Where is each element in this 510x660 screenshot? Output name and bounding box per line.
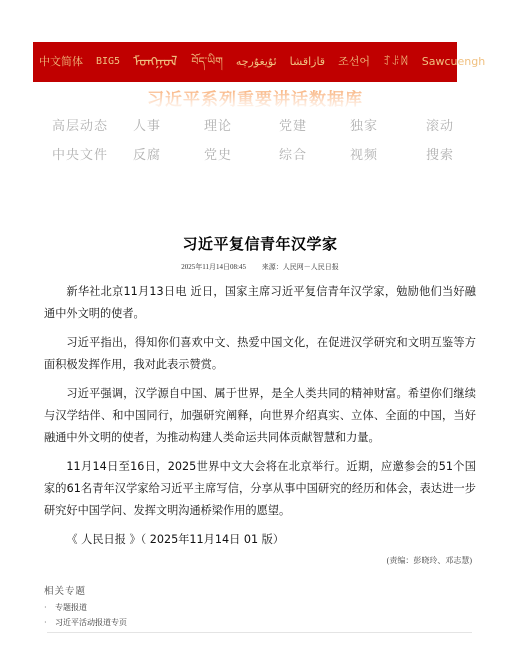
nav-item-exclusive[interactable]: 独家	[350, 117, 426, 136]
database-banner-title[interactable]: 习近平系列重要讲话数据库	[0, 89, 510, 111]
nav-item-theory[interactable]: 理论	[204, 117, 279, 136]
lang-link-zhuang[interactable]: Sawcuengh	[422, 42, 485, 82]
lang-link-uyghur[interactable]: ئۇيغۇرچە	[236, 42, 277, 82]
list-item: ·习近平活动报道专页	[44, 615, 127, 630]
article-title: 习近平复信青年汉学家	[0, 233, 510, 254]
nav-item-personnel[interactable]: 人事	[133, 117, 204, 136]
article-paragraph: 新华社北京11月13日电 近日，国家主席习近平复信青年汉学家，勉励他们当好融通中…	[44, 281, 476, 325]
related-topics-heading: 相关专题	[44, 583, 86, 597]
related-link-xi-activities[interactable]: 习近平活动报道专页	[55, 618, 127, 627]
bullet-icon: ·	[44, 615, 55, 630]
nav-item-party-history[interactable]: 党史	[204, 146, 279, 165]
nav-item-central-documents[interactable]: 中央文件	[52, 146, 133, 165]
article-body: 新华社北京11月13日电 近日，国家主席习近平复信青年汉学家，勉励他们当好融通中…	[44, 281, 476, 558]
article-source[interactable]: 来源：人民网－人民日报	[262, 263, 339, 271]
article-paragraph: 11月14日至16日，2025世界中文大会将在北京举行。近期，应邀参会的51个国…	[44, 456, 476, 522]
nav-item-rolling[interactable]: 滚动	[426, 117, 462, 136]
list-item: ·专题报道	[44, 600, 127, 615]
related-link-special-report[interactable]: 专题报道	[55, 603, 87, 612]
section-nav: 高层动态 人事 理论 党建 独家 滚动 中央文件 反腐 党史 综合 视频 搜索	[52, 117, 462, 165]
divider	[47, 632, 472, 633]
article-paragraph: 习近平强调，汉学源自中国、属于世界，是全人类共同的精神财富。希望你们继续与汉学结…	[44, 383, 476, 449]
lang-link-mongolian[interactable]: ᠮᠣᠩᠭᠣᠯ	[133, 42, 177, 82]
responsible-editor: (责编：彭晓玲、邓志慧)	[387, 555, 472, 566]
language-bar: 中文简体 BIG5 ᠮᠣᠩᠭᠣᠯ བོད་ཡིག ئۇيغۇرچە قازاقش…	[33, 42, 457, 82]
nav-item-general[interactable]: 综合	[279, 146, 350, 165]
related-topics-list: ·专题报道 ·习近平活动报道专页	[44, 600, 127, 630]
article-paragraph: 习近平指出，得知你们喜欢中文、热爱中国文化，在促进汉学研究和文明互鉴等方面积极发…	[44, 332, 476, 376]
lang-link-kazakh[interactable]: قازاقشا	[290, 42, 325, 82]
nav-item-video[interactable]: 视频	[350, 146, 426, 165]
article-datetime: 2025年11月14日08:45	[181, 263, 246, 271]
lang-link-simplified-chinese[interactable]: 中文简体	[39, 42, 83, 82]
page: 中文简体 BIG5 ᠮᠣᠩᠭᠣᠯ བོད་ཡིག ئۇيغۇرچە قازاقش…	[0, 0, 510, 660]
article-meta: 2025年11月14日08:45 来源：人民网－人民日报	[0, 262, 510, 272]
lang-link-yi[interactable]: ꆈꌠꉙ	[383, 42, 409, 82]
nav-item-anti-corruption[interactable]: 反腐	[133, 146, 204, 165]
nav-item-high-level-news[interactable]: 高层动态	[52, 117, 133, 136]
lang-link-tibetan[interactable]: བོད་ཡིག	[191, 42, 222, 82]
lang-link-korean[interactable]: 조선어	[338, 42, 370, 82]
nav-item-party-building[interactable]: 党建	[279, 117, 350, 136]
nav-item-search[interactable]: 搜索	[426, 146, 462, 165]
bullet-icon: ·	[44, 600, 55, 615]
lang-link-big5[interactable]: BIG5	[96, 42, 120, 82]
article-citation: 《 人民日报 》（ 2025年11月14日 01 版）	[44, 529, 476, 551]
